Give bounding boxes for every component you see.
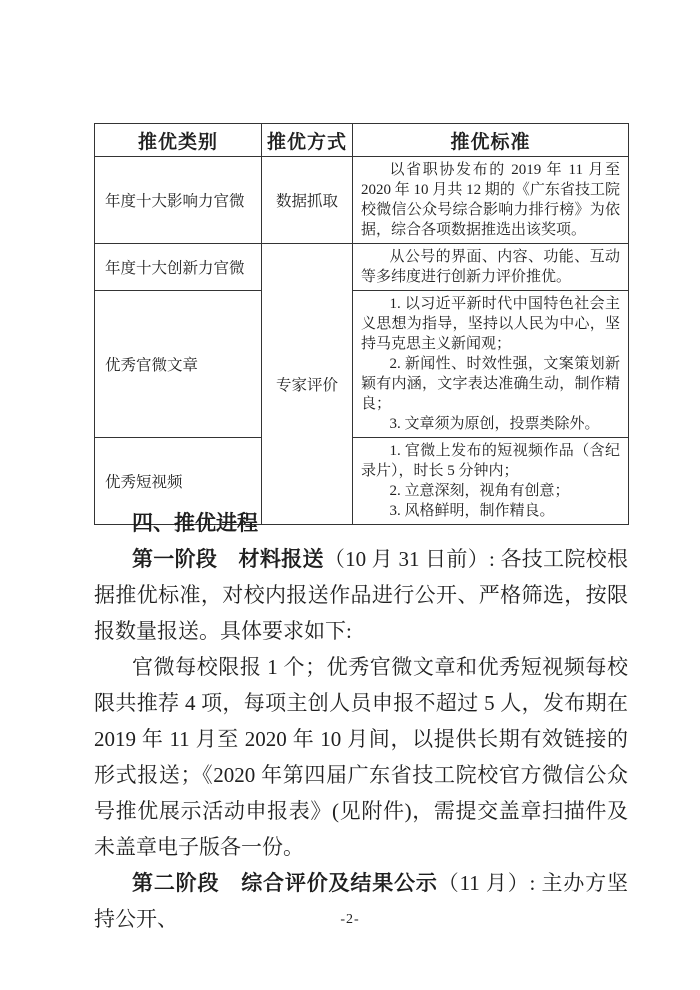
- section-heading: 四、推优进程: [94, 505, 628, 541]
- paragraph-lead: 第二阶段 综合评价及结果公示: [132, 871, 438, 895]
- standard-cell: 1. 以习近平新时代中国特色社会主义思想为指导，坚持以人民为中心，坚持马克思主义…: [353, 291, 629, 438]
- paragraph-lead: 第一阶段 材料报送: [132, 547, 324, 571]
- table-row: 年度十大创新力官微 专家评价 从公号的界面、内容、功能、互动等多纬度进行创新力评…: [95, 244, 629, 291]
- paragraph-requirements: 官微每校限报 1 个；优秀官微文章和优秀短视频每校限共推荐 4 项，每项主创人员…: [94, 649, 628, 865]
- standard-item: 2. 新闻性、时效性强，文案策划新颖有内涵，文字表达准确生动，制作精良；: [361, 354, 620, 414]
- standard-paragraph: 以省职协发布的 2019 年 11 月至 2020 年 10 月共 12 期的《…: [361, 160, 620, 240]
- standard-item: 2. 立意深刻，视角有创意；: [361, 481, 620, 501]
- standard-cell: 从公号的界面、内容、功能、互动等多纬度进行创新力评价推优。: [353, 244, 629, 291]
- standard-item: 1. 官微上发布的短视频作品（含纪录片），时长 5 分钟内；: [361, 441, 620, 481]
- column-header-standard: 推优标准: [353, 124, 629, 157]
- table-row: 优秀官微文章 1. 以习近平新时代中国特色社会主义思想为指导，坚持以人民为中心，…: [95, 291, 629, 438]
- table-header-row: 推优类别 推优方式 推优标准: [95, 124, 629, 157]
- method-cell: 数据抓取: [262, 157, 353, 244]
- paragraph-stage-one: 第一阶段 材料报送（10 月 31 日前）: 各技工院校根据推优标准，对校内报送…: [94, 541, 628, 649]
- standard-paragraph: 从公号的界面、内容、功能、互动等多纬度进行创新力评价推优。: [361, 247, 620, 287]
- category-cell: 年度十大创新力官微: [95, 244, 262, 291]
- method-cell-merged: 专家评价: [262, 244, 353, 525]
- column-header-method: 推优方式: [262, 124, 353, 157]
- criteria-table: 推优类别 推优方式 推优标准 年度十大影响力官微 数据抓取 以省职协发布的 20…: [94, 123, 629, 525]
- paragraph-text: 官微每校限报 1 个；优秀官微文章和优秀短视频每校限共推荐 4 项，每项主创人员…: [94, 655, 628, 859]
- standard-item: 3. 文章须为原创，投票类除外。: [361, 414, 620, 434]
- body-section: 四、推优进程 第一阶段 材料报送（10 月 31 日前）: 各技工院校根据推优标…: [94, 505, 628, 937]
- page-number: -2-: [0, 912, 700, 928]
- category-cell: 年度十大影响力官微: [95, 157, 262, 244]
- standard-item: 1. 以习近平新时代中国特色社会主义思想为指导，坚持以人民为中心，坚持马克思主义…: [361, 294, 620, 354]
- standard-cell: 以省职协发布的 2019 年 11 月至 2020 年 10 月共 12 期的《…: [353, 157, 629, 244]
- category-cell: 优秀官微文章: [95, 291, 262, 438]
- table-row: 年度十大影响力官微 数据抓取 以省职协发布的 2019 年 11 月至 2020…: [95, 157, 629, 244]
- column-header-category: 推优类别: [95, 124, 262, 157]
